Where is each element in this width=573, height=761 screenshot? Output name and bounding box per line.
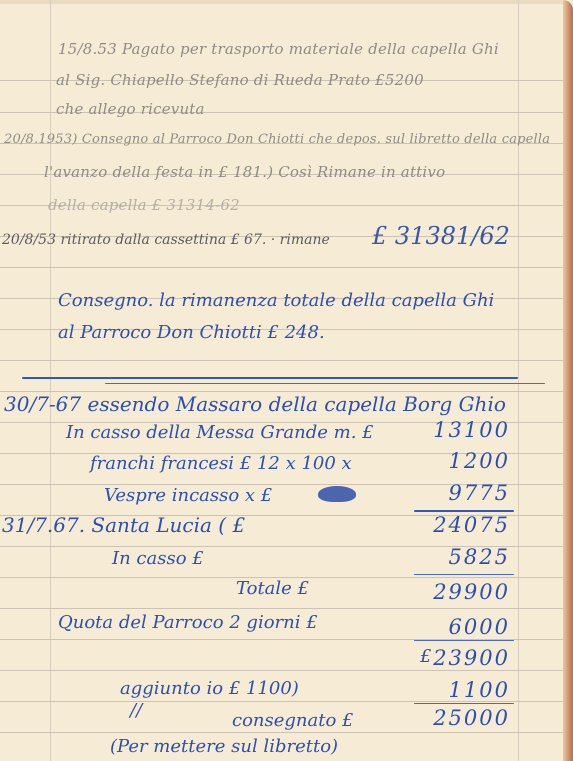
ruled-line — [0, 267, 563, 268]
ledger-row-label: Totale £ — [236, 578, 309, 599]
pencil-entry: 20/8.1953) Consegno al Parroco Don Chiot… — [4, 132, 550, 147]
left-margin-line — [50, 0, 51, 761]
balance-amount: £ 31381/62 — [372, 222, 510, 250]
pencil-entry: che allego ricevuta — [56, 100, 205, 118]
section-divider — [22, 377, 518, 379]
entry-date: 20/8.1953) — [4, 132, 77, 147]
pencil-entry: 15/8.53 Pagato per trasporto materiale d… — [58, 40, 499, 58]
entry-date: 15/8.53 — [58, 40, 117, 58]
ledger-row-label: Quota del Parroco 2 giorni £ — [58, 612, 318, 633]
ledger-row-amount: 1100 — [400, 678, 510, 702]
pencil-entry: della capella £ 31314-62 — [48, 196, 240, 214]
ledger-row-amount: 24075 — [400, 513, 510, 537]
ledger-row-label: 31/7.67. Santa Lucia ( £ — [2, 513, 245, 537]
ruled-line — [0, 670, 563, 671]
ledger-row-label: 30/7-67 essendo Massaro della capella Bo… — [4, 392, 506, 416]
ledger-row-amount: 23900 — [400, 646, 510, 670]
ink-blot — [318, 486, 356, 502]
ledger-row-amount: 5825 — [400, 545, 510, 569]
ledger-footnote: (Per mettere sul libretto) — [110, 736, 338, 757]
ledger-row-amount: 13100 — [400, 418, 510, 442]
ditto-mark: // — [130, 700, 142, 721]
section-divider — [105, 383, 545, 384]
subtotal-rule — [414, 574, 514, 575]
page-top-edge — [0, 0, 563, 4]
subtotal-rule — [414, 640, 514, 641]
pencil-entry: l'avanzo della festa in £ 181.) Così Rim… — [44, 163, 445, 181]
pencil-entry: al Sig. Chiapello Stefano di Rueda Prato… — [56, 71, 424, 89]
cassettina-entry: 20/8/53 ritirato dalla cassettina £ 67. … — [2, 232, 330, 248]
ledger-row-label: In casso della Messa Grande m. £ — [66, 422, 374, 443]
entry-text: ritirato dalla cassettina £ 67. · rimane — [60, 232, 329, 248]
ruled-line — [0, 732, 563, 733]
ledger-row-label: In casso £ — [112, 548, 204, 569]
ledger-row-amount: 9775 — [400, 481, 510, 505]
ink-note: Consegno. la rimanenza totale della cape… — [58, 290, 494, 311]
entry-text: Consegno al Parroco Don Chiotti che depo… — [82, 132, 550, 147]
ink-note: al Parroco Don Chiotti £ 248. — [58, 322, 325, 343]
ledger-row-label: consegnato £ — [232, 710, 354, 731]
right-margin-line — [518, 0, 519, 761]
ledger-row-amount: 1200 — [400, 449, 510, 473]
ledger-row-amount: 6000 — [400, 615, 510, 639]
subtotal-rule — [414, 510, 514, 512]
ledger-row-amount: 29900 — [400, 580, 510, 604]
entry-text: Pagato per trasporto materiale della cap… — [122, 40, 499, 58]
ledger-row-label: aggiunto io £ 1100) — [120, 678, 299, 699]
entry-date: 20/8/53 — [2, 232, 56, 248]
ledger-row-label: franchi francesi £ 12 x 100 x — [90, 453, 352, 474]
ledger-page: 15/8.53 Pagato per trasporto materiale d… — [0, 0, 573, 761]
ruled-line — [0, 608, 563, 609]
subtotal-rule — [414, 703, 514, 704]
ruled-line — [0, 360, 563, 361]
ledger-row-amount: 25000 — [400, 706, 510, 730]
ledger-row-label: Vespre incasso x £ — [104, 485, 272, 506]
page-right-edge — [563, 0, 573, 761]
